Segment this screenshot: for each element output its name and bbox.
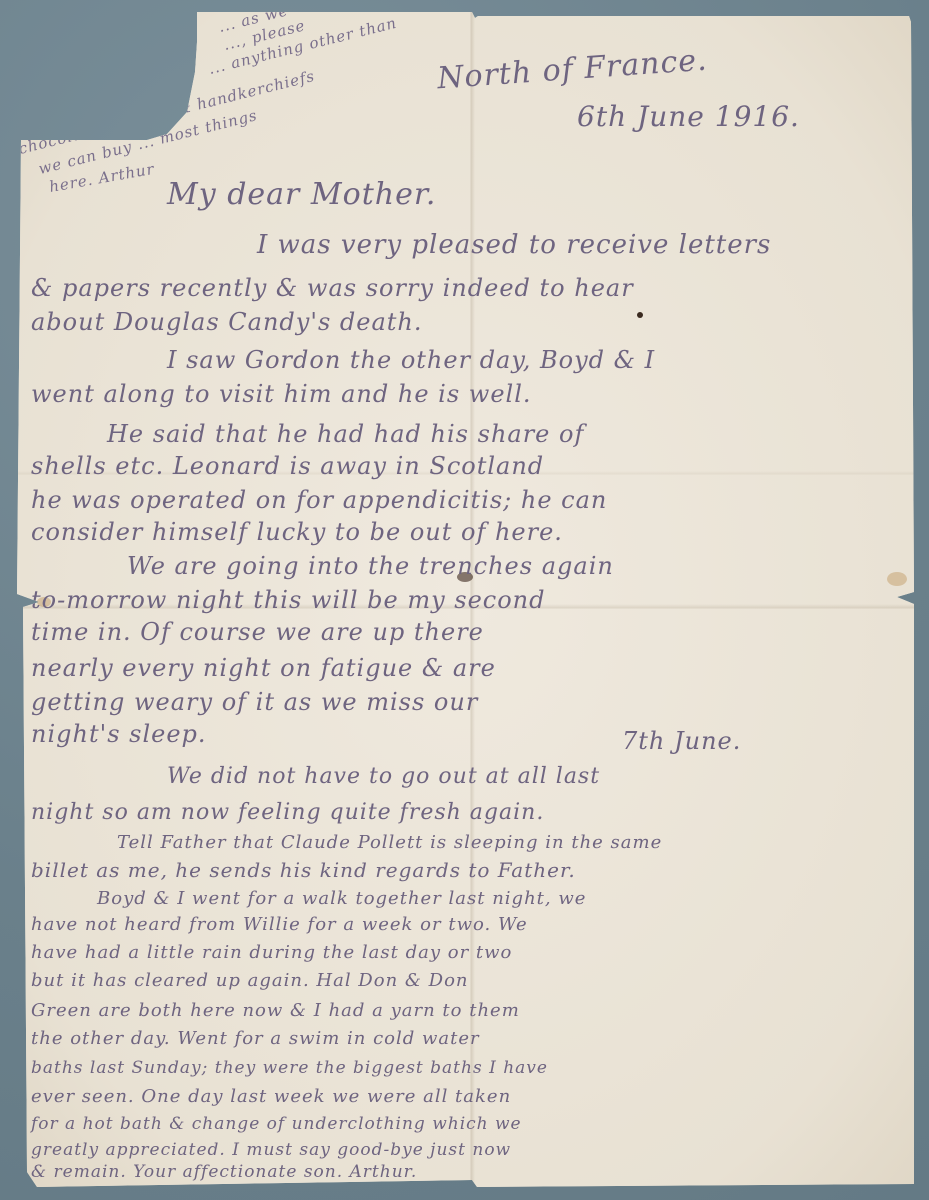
body-line: & papers recently & was sorry indeed to … [31,274,634,302]
body-line: baths last Sunday; they were the biggest… [31,1058,548,1078]
body-line: night so am now feeling quite fresh agai… [31,800,544,825]
date-heading: 6th June 1916. [577,100,800,133]
body-line: shells etc. Leonard is away in Scotland [31,452,544,480]
body-line: time in. Of course we are up there [31,618,484,646]
ink-spot [637,312,643,318]
body-line: about Douglas Candy's death. [31,308,423,336]
body-line: night's sleep. [31,720,207,748]
body-line: We are going into the trenches again [127,552,614,580]
body-line: to-morrow night this will be my second [31,586,546,614]
body-line: for a hot bath & change of underclothing… [31,1114,522,1134]
body-line: I saw Gordon the other day, Boyd & I [167,346,655,374]
body-line: greatly appreciated. I must say good-bye… [31,1140,511,1160]
body-line: but it has cleared up again. Hal Don & D… [31,970,469,991]
body-line: Tell Father that Claude Pollett is sleep… [117,832,662,853]
second-date: 7th June. [622,727,741,755]
body-line: have not heard from Willie for a week or… [31,914,528,935]
body-line: Green are both here now & I had a yarn t… [31,1000,520,1021]
body-line: We did not have to go out at all last [167,764,600,789]
body-line: getting weary of it as we miss our [31,688,478,716]
body-line: went along to visit him and he is well. [31,380,532,408]
signature-line: & remain. Your affectionate son. Arthur. [31,1162,417,1182]
body-line: ever seen. One day last week we were all… [31,1086,511,1107]
body-line: the other day. Went for a swim in cold w… [31,1028,480,1049]
body-line: consider himself lucky to be out of here… [31,518,563,546]
body-line: nearly every night on fatigue & are [31,654,496,682]
stain [887,572,907,586]
margin-note: ... as we ..., please ... anything other… [11,12,471,192]
body-line: have had a little rain during the last d… [31,942,512,963]
body-line: billet as me, he sends his kind regards … [31,858,576,882]
letter-page: ... as we ..., please ... anything other… [17,12,914,1187]
body-line: He said that he had had his share of [107,420,584,448]
body-line: Boyd & I went for a walk together last n… [97,888,586,909]
place-heading: North of France. [436,43,709,97]
salutation: My dear Mother. [167,177,436,212]
body-line: he was operated on for appendicitis; he … [31,486,607,514]
body-line: I was very pleased to receive letters [257,230,771,260]
